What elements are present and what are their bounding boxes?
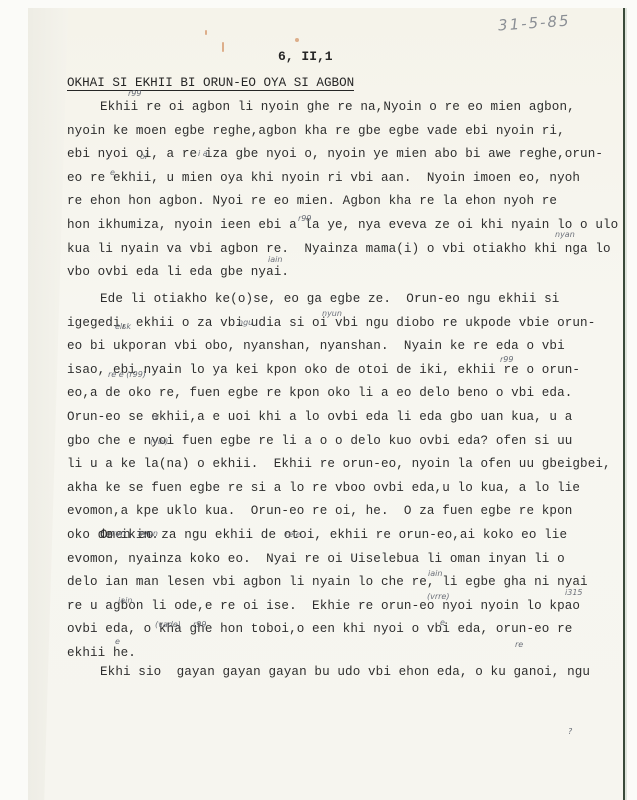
handwritten-annotation: e bbox=[110, 168, 115, 177]
text-line: Orun-eo se ekhii,a e uoi khi a lo ovbi e… bbox=[67, 410, 572, 424]
handwritten-annotation: nyan bbox=[555, 230, 575, 239]
text-line: re u agbon li ode,e re oi ise. Ekhie re … bbox=[67, 599, 580, 613]
handwritten-annotation: iain bbox=[118, 596, 132, 605]
handwritten-annotation: i315 bbox=[565, 588, 583, 597]
scanned-page: 31-5-85 6, II,1 OKHAI SI EKHII BI ORUN-E… bbox=[0, 0, 637, 800]
text-line: akha ke se fuen egbe re si a lo re vboo … bbox=[67, 481, 580, 495]
document-title: OKHAI SI EKHII BI ORUN-EO OYA SI AGBON bbox=[67, 76, 354, 91]
text-line: evomon,a kpe uklo kua. Orun-eo re oi, he… bbox=[67, 504, 572, 518]
handwritten-annotation: nyun bbox=[138, 529, 158, 538]
text-line: Ekhi sio gayan gayan gayan bu udo vbi eh… bbox=[100, 665, 590, 679]
handwritten-annotation: (vade) bbox=[155, 620, 181, 629]
section-number: 6, II,1 bbox=[278, 49, 333, 64]
handwritten-annotation: r99 bbox=[500, 355, 513, 364]
handwritten-annotation: r99 bbox=[193, 620, 206, 629]
text-line: evomon, nyainza koko eo. Nyai re oi Uise… bbox=[67, 552, 565, 566]
handwritten-annotation: (vrre) bbox=[427, 592, 449, 601]
handwritten-annotation: ? bbox=[568, 727, 572, 736]
text-line: Ede li otiakho ke(o)se, eo ga egbe ze. O… bbox=[100, 292, 559, 306]
rust-spot bbox=[295, 38, 299, 42]
text-line: Omen eo za ngu ekhii de otoi, ekhii re o… bbox=[100, 528, 567, 542]
handwritten-annotation: e bbox=[115, 637, 120, 646]
text-line: Ekhii re oi agbon li nyoin ghe re na,Nyo… bbox=[100, 100, 575, 114]
handwritten-annotation: i a bbox=[198, 149, 208, 158]
text-line: gbo che e nyoi fuen egbe re li a o o del… bbox=[67, 434, 572, 448]
handwritten-annotation: run bbox=[112, 529, 125, 538]
handwritten-annotation: ngu bbox=[238, 318, 253, 327]
text-line: eo re ekhii, u mien oya khi nyoin ri vbi… bbox=[67, 171, 580, 185]
handwritten-annotation: re e (r99) bbox=[108, 370, 146, 379]
handwritten-annotation: (vbi) bbox=[150, 437, 168, 446]
text-line: delo ian man lesen vbi agbon li nyain lo… bbox=[67, 575, 588, 589]
text-line: eo,a de oko re, fuen egbe re kpon oko li… bbox=[67, 386, 572, 400]
text-line: ovbi eda, o kha ghe hon toboi,o een khi … bbox=[67, 622, 572, 636]
handwritten-annotation: r99 bbox=[128, 89, 141, 98]
handwritten-annotation: elsk bbox=[115, 322, 131, 331]
text-line: eo bi ukporan vbi obo, nyanshan, nyansha… bbox=[67, 339, 565, 353]
text-line: re ehon hon agbon. Nyoi re eo mien. Agbo… bbox=[67, 194, 557, 208]
handwritten-annotation: oi bbox=[152, 413, 159, 422]
handwritten-annotation: iain bbox=[268, 255, 282, 264]
handwritten-annotation: r99 bbox=[298, 214, 311, 223]
rust-streak bbox=[222, 42, 224, 52]
text-line: nyoin ke moen egbe reghe,agbon kha re gb… bbox=[67, 124, 565, 138]
handwritten-annotation: oi bbox=[140, 152, 147, 161]
text-line: kua li nyain va vbi agbon re. Nyainza ma… bbox=[67, 242, 611, 256]
text-line: hon ikhumiza, nyoin ieen ebi a la ye, ny… bbox=[67, 218, 618, 232]
handwritten-annotation: nyun bbox=[322, 309, 342, 318]
rust-streak bbox=[205, 30, 207, 35]
text-line: ebi nyoi oi, a re iza gbe nyoi o, nyoin … bbox=[67, 147, 603, 161]
handwritten-annotation: iain bbox=[428, 569, 442, 578]
handwritten-annotation: e bbox=[440, 618, 445, 627]
text-line: ekhii he. bbox=[67, 646, 136, 660]
handwritten-annotation: re bbox=[515, 640, 523, 649]
handwritten-annotation: re e bbox=[285, 530, 301, 539]
text-line: li u a ke la(na) o ekhii. Ekhii re orun-… bbox=[67, 457, 611, 471]
text-line: vbo ovbi eda li eda gbe nyai. bbox=[67, 265, 289, 279]
